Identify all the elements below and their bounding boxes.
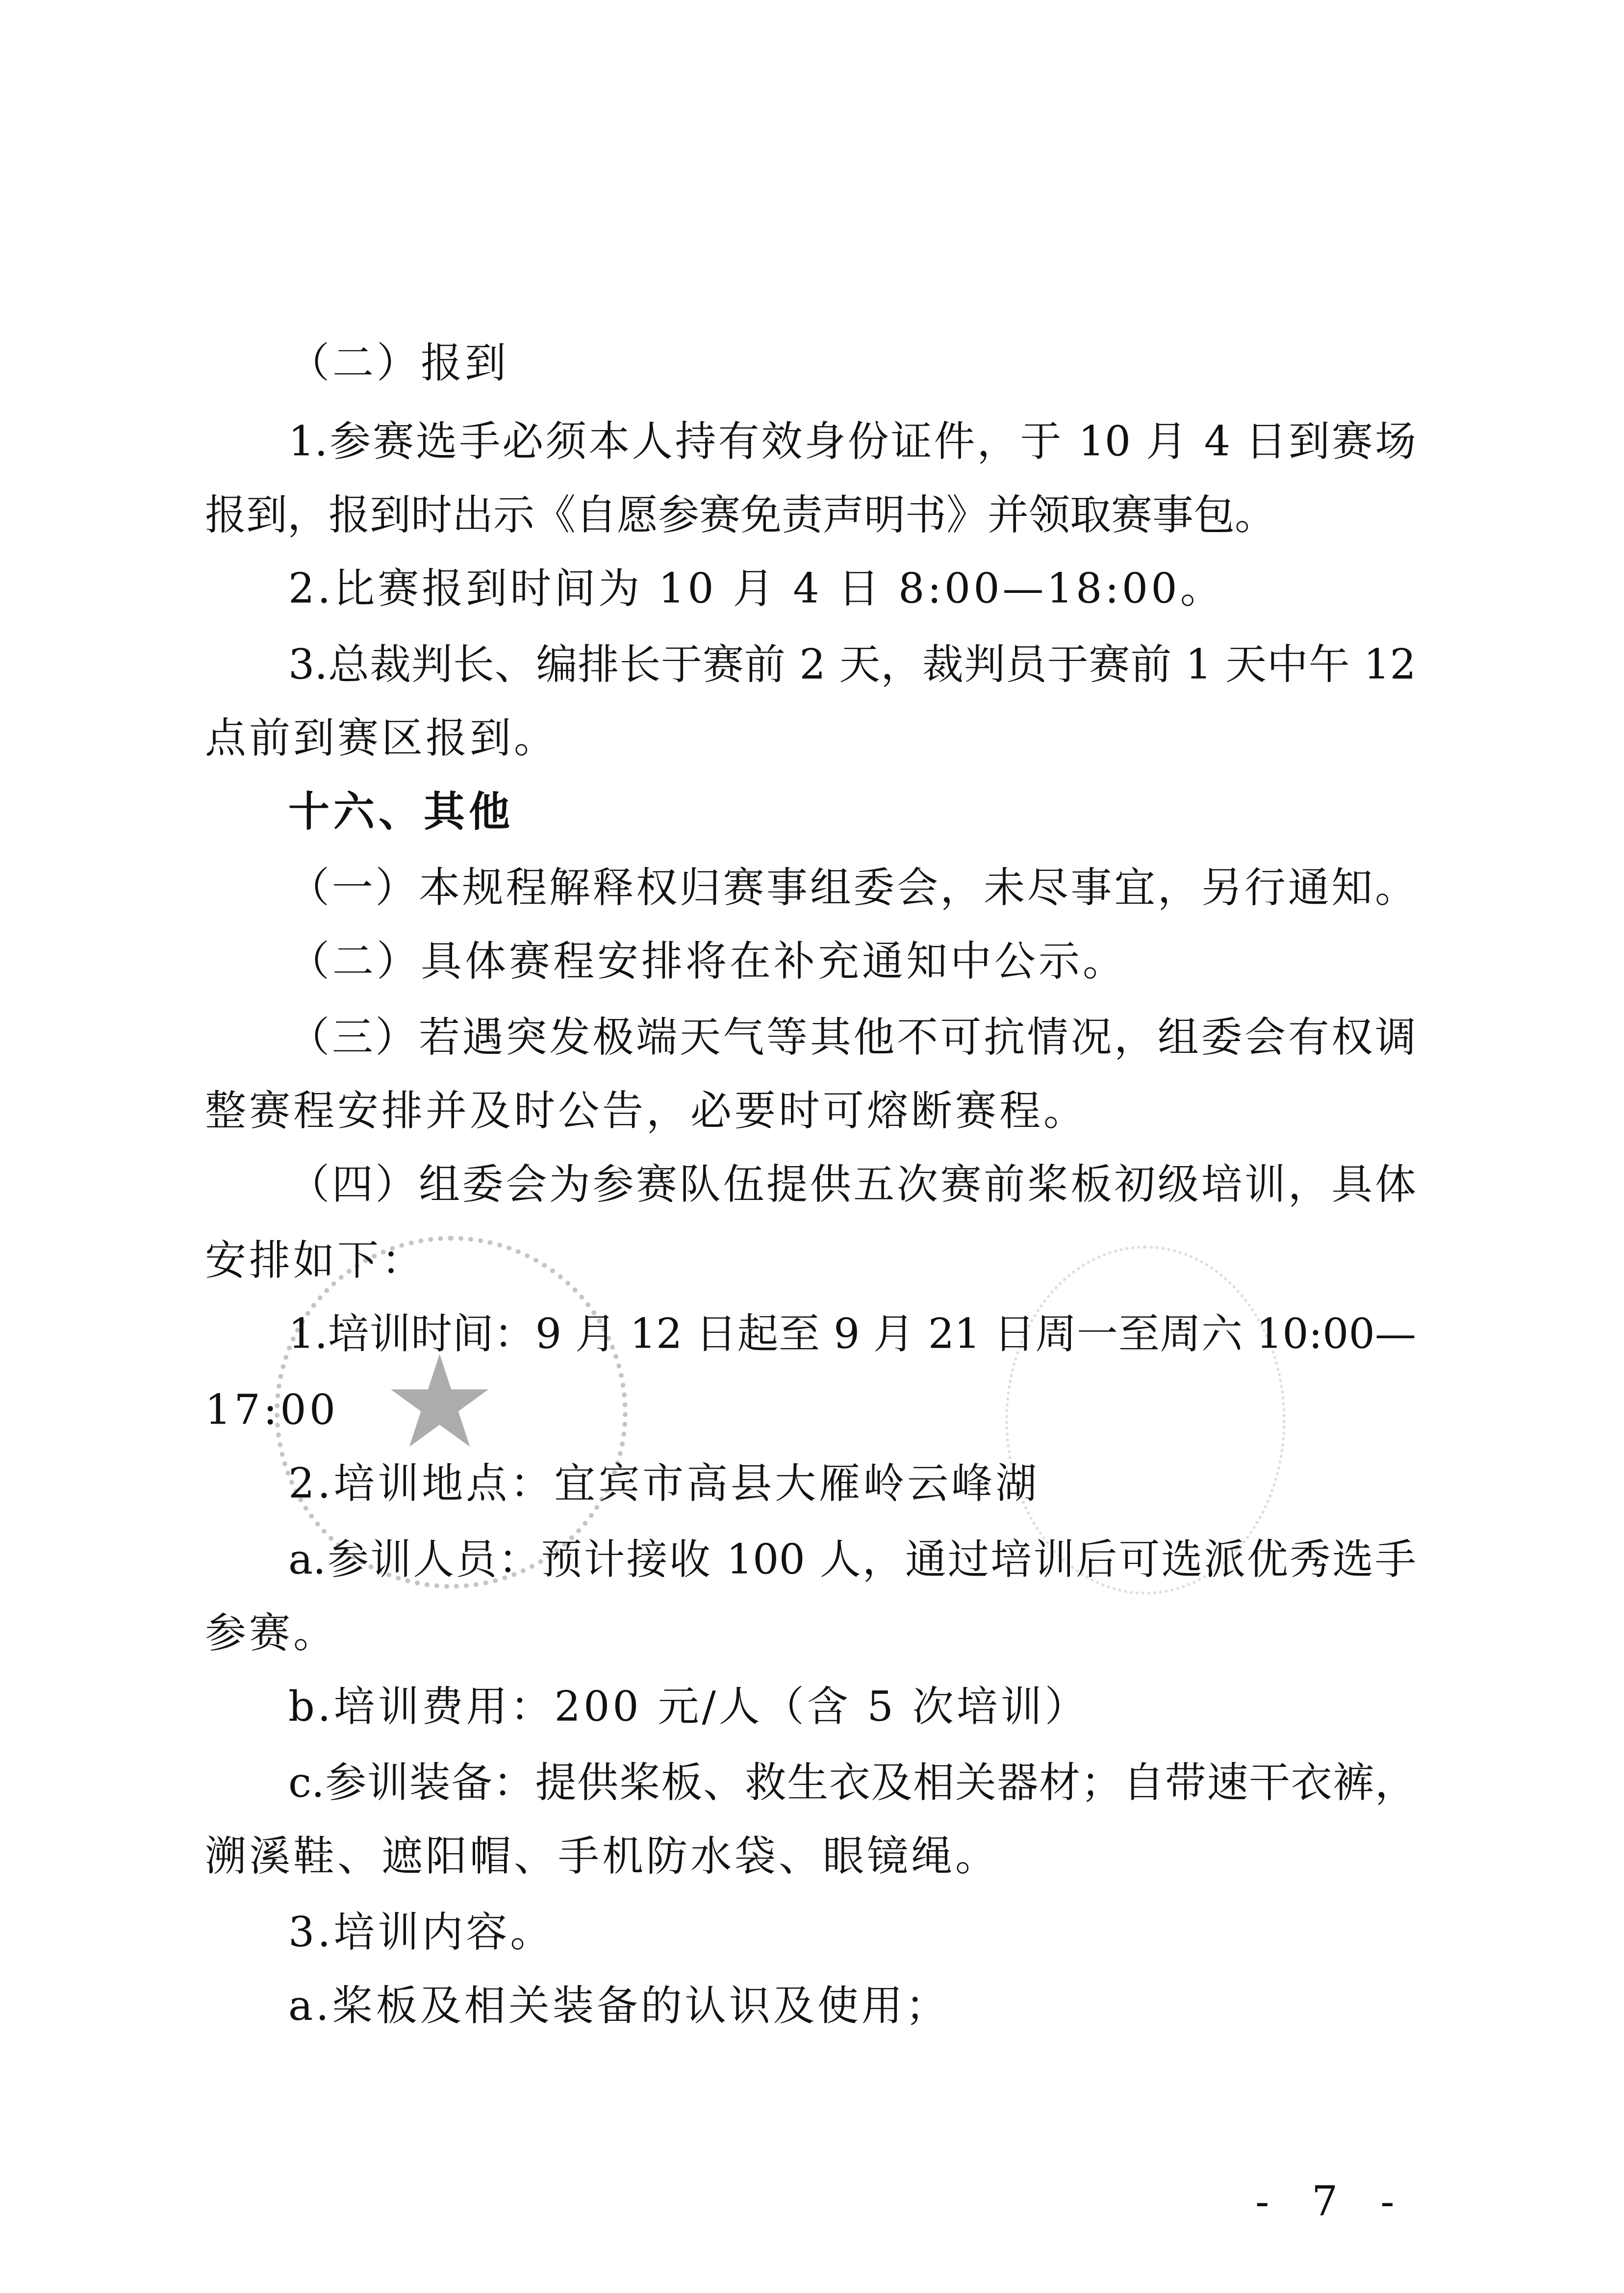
paragraph-line: 3.培训内容。 xyxy=(288,1908,554,1957)
paragraph-line: 2.比赛报到时间为 10 月 4 日 8:00—18:00。 xyxy=(288,564,1224,613)
paragraph-line: 2.培训地点：宜宾市高县大雁岭云峰湖 xyxy=(288,1459,1040,1508)
paragraph-line: 整赛程安排并及时公告，必要时可熔断赛程。 xyxy=(205,1086,1088,1135)
paragraph-line: 17:00 xyxy=(205,1385,338,1434)
paragraph-line: a.桨板及相关装备的认识及使用； xyxy=(288,1981,950,2030)
paragraph-line: （三）若遇突发极端天气等其他不可抗情况，组委会有权调 xyxy=(288,1013,1416,1062)
paragraph-line: 1.培训时间：9 月 12 日起至 9 月 21 日周一至周六 10:00— xyxy=(288,1309,1416,1358)
document-page: ★ （二）报到 1.参赛选手必须本人持有效身份证件，于 10 月 4 日到赛场 … xyxy=(0,0,1624,2293)
paragraph-line: a.参训人员：预计接收 100 人，通过培训后可选派优秀选手 xyxy=(288,1535,1416,1584)
paragraph-line: c.参训装备：提供桨板、救生衣及相关器材；自带速干衣裤， xyxy=(288,1758,1416,1807)
paragraph-line: 安排如下： xyxy=(205,1236,426,1285)
paragraph-line: 溯溪鞋、遮阳帽、手机防水袋、眼镜绳。 xyxy=(205,1832,999,1881)
section-heading-other: 十六、其他 xyxy=(288,787,514,836)
paragraph-line: 3.总裁判长、编排长于赛前 2 天，裁判员于赛前 1 天中午 12 xyxy=(288,640,1416,689)
page-number: - 7 - xyxy=(1255,2177,1409,2225)
paragraph-line: （二）具体赛程安排将在补充通知中公示。 xyxy=(288,937,1127,986)
subsection-heading-registration: （二）报到 xyxy=(288,338,509,387)
paragraph-line: 点前到赛区报到。 xyxy=(205,713,558,763)
paragraph-line: b.培训费用：200 元/人（含 5 次培训） xyxy=(288,1682,1089,1731)
paragraph-line: （四）组委会为参赛队伍提供五次赛前桨板初级培训，具体 xyxy=(288,1160,1416,1209)
paragraph-line: 报到，报到时出示《自愿参赛免责声明书》并领取赛事包。 xyxy=(205,490,1303,539)
paragraph-line: （一）本规程解释权归赛事组委会，未尽事宜，另行通知。 xyxy=(288,863,1416,912)
paragraph-line: 1.参赛选手必须本人持有效身份证件，于 10 月 4 日到赛场 xyxy=(288,417,1416,466)
paragraph-line: 参赛。 xyxy=(205,1608,337,1657)
